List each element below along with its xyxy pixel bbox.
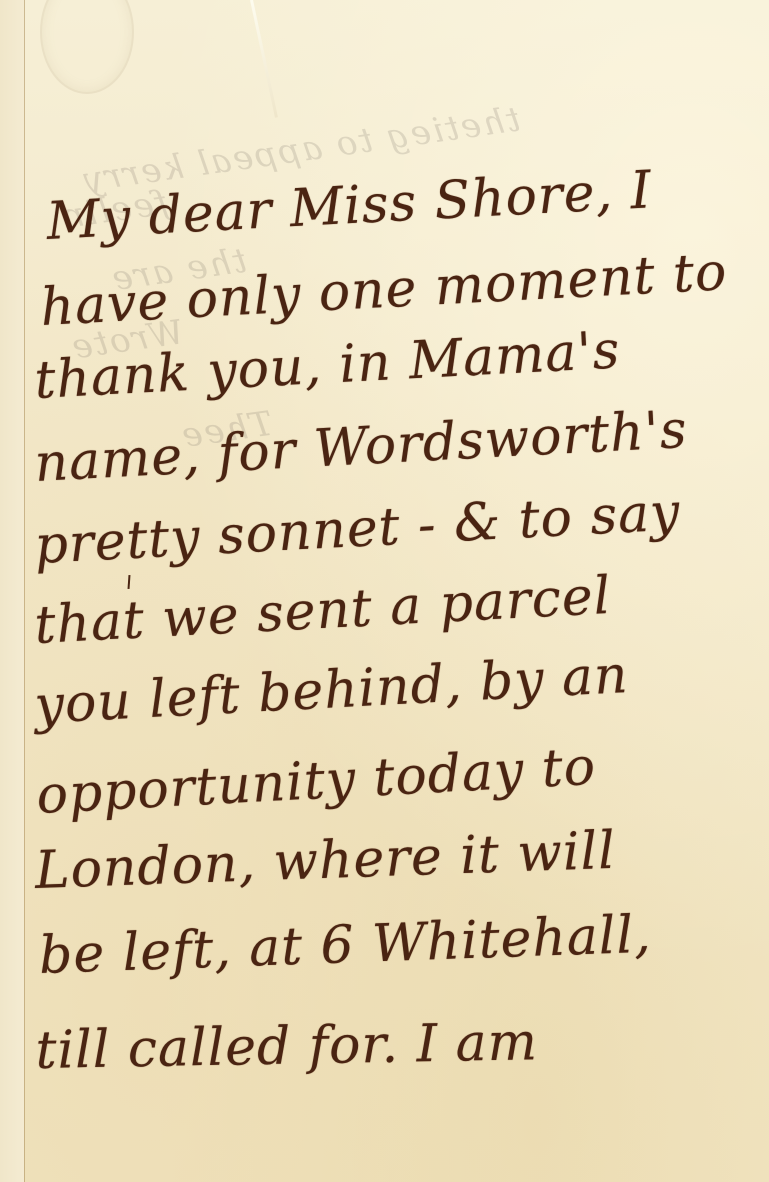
letter-line-closing: till called for. I am (35, 1016, 538, 1077)
letter-line: thank you, in Mama's (33, 324, 621, 407)
letter-body: My dear Miss Shore, I have only one mome… (0, 0, 769, 1182)
letter-line-salutation: My dear Miss Shore, I (45, 164, 653, 248)
letter-line: opportunity today to (35, 741, 597, 822)
letter-line: name, for Wordsworth's (33, 404, 688, 490)
letter-line: have only one moment to (39, 246, 728, 334)
letter-line: that we sent a parcel (33, 570, 612, 652)
letter-line: pretty sonnet - & to say (33, 486, 681, 572)
letter-line: be left, at 6 Whitehall, (38, 909, 652, 982)
letter-line: London, where it will (34, 825, 616, 897)
letter-page: thetieg to appeal kerry feelin the are W… (0, 0, 769, 1182)
letter-line: you left behind, by an (33, 649, 629, 732)
ink-stray-mark (128, 575, 131, 589)
